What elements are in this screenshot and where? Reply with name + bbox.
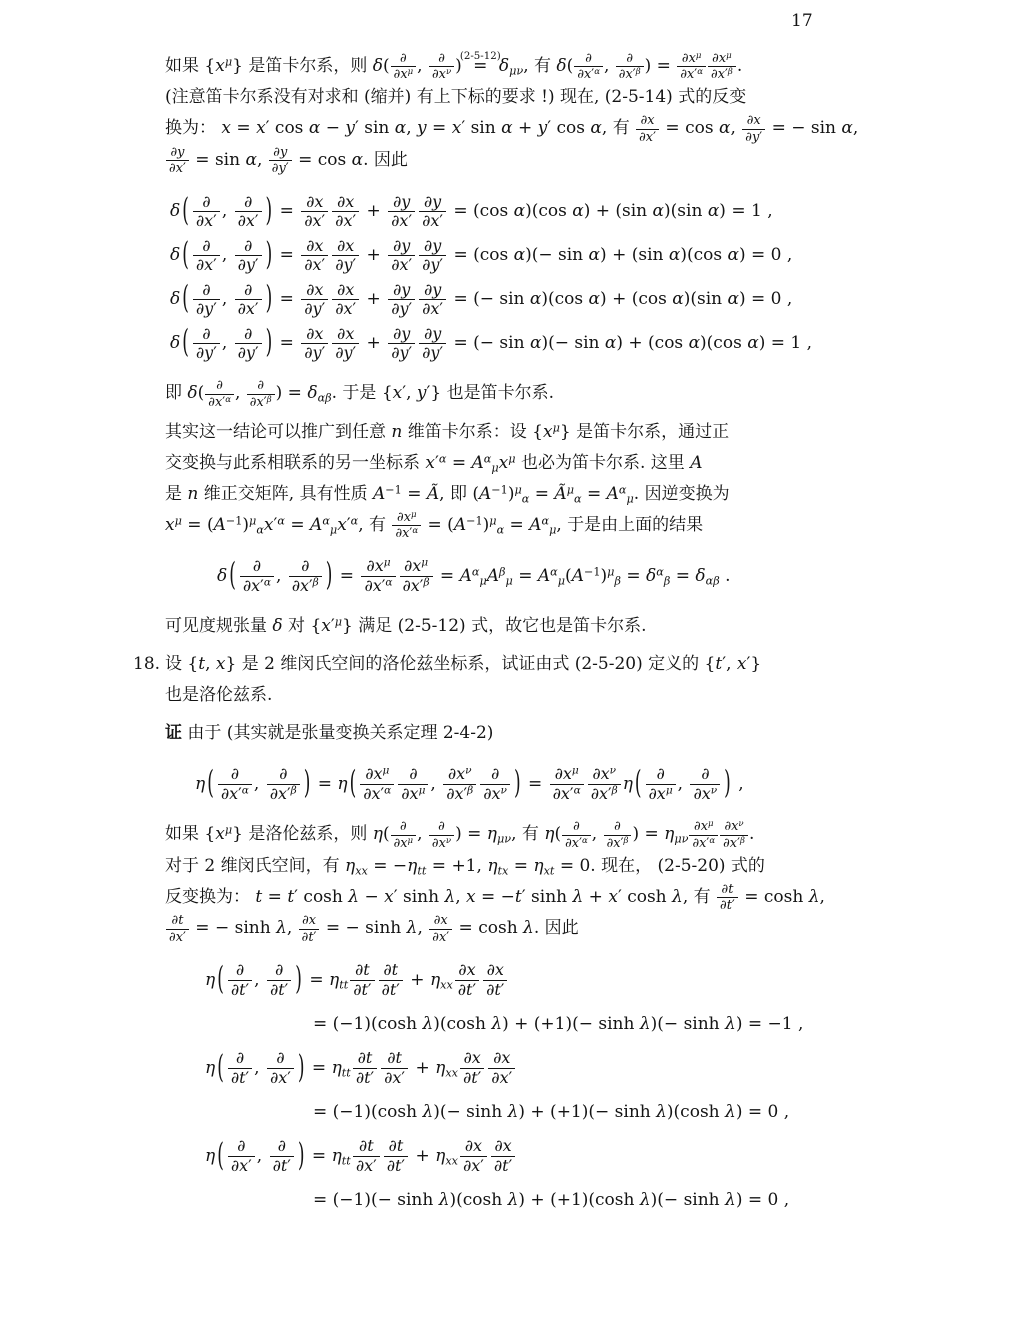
math-italic: μ bbox=[708, 819, 714, 829]
math-italic: xt bbox=[544, 864, 555, 877]
subscript: xx bbox=[440, 978, 453, 991]
superscript: −1 bbox=[491, 483, 508, 496]
math-italic: α bbox=[605, 333, 616, 353]
fraction: ∂∂x′β bbox=[604, 819, 632, 850]
superscript: μ bbox=[553, 421, 560, 434]
subscript: μν bbox=[509, 65, 523, 78]
math-italic: x bbox=[702, 784, 711, 803]
numerator: ∂ bbox=[235, 193, 262, 213]
math-italic: α bbox=[594, 67, 600, 77]
math-italic: δ bbox=[170, 201, 180, 221]
math-italic: α bbox=[412, 526, 418, 536]
math-italic: α bbox=[697, 67, 703, 77]
text-line: δ(∂∂y′, ∂∂y′) = ∂x∂y′∂x∂y′ + ∂y∂y′∂y∂y′ … bbox=[170, 321, 865, 365]
math-italic: λ bbox=[439, 1190, 450, 1210]
math-italic: λ bbox=[725, 1102, 736, 1122]
math-italic: x bbox=[221, 119, 231, 139]
superscript: β bbox=[740, 835, 745, 845]
math-italic: t bbox=[390, 980, 396, 999]
item-body: 设 {t, x} 是 2 维闵氏空间的洛伦兹坐标系，试证由式 (2-5-20) … bbox=[165, 649, 865, 711]
subscript: μ bbox=[626, 492, 633, 505]
open-paren: ( bbox=[217, 1027, 224, 1108]
superscript: β bbox=[636, 67, 641, 77]
math-italic: x bbox=[601, 764, 610, 783]
text-line: δ(∂∂x′, ∂∂y′) = ∂x∂x′∂x∂y′ + ∂y∂x′∂y∂y′ … bbox=[170, 233, 865, 277]
fraction: ∂t∂t′ bbox=[350, 961, 374, 1000]
numerator: ∂xμ bbox=[361, 557, 395, 577]
denominator: ∂y′ bbox=[235, 344, 262, 363]
denominator: ∂x′β bbox=[708, 67, 736, 82]
numerator: ∂y bbox=[388, 193, 415, 213]
superscript: α bbox=[582, 835, 588, 845]
math-italic: λ bbox=[640, 1190, 651, 1210]
denominator: ∂xν bbox=[690, 785, 720, 804]
math-italic: λ bbox=[508, 1102, 519, 1122]
paragraph: 其实这一结论可以推广到任意 n 维笛卡尔系：设 {xμ} 是笛卡尔系，通过正交变… bbox=[165, 417, 865, 541]
math-italic: δ bbox=[695, 566, 705, 586]
subscript: tx bbox=[498, 864, 509, 877]
superscript: ν bbox=[446, 67, 451, 77]
math-italic: y bbox=[432, 192, 441, 211]
math-italic: α bbox=[497, 523, 505, 536]
math-italic: λ bbox=[672, 887, 683, 907]
math-italic: x bbox=[345, 324, 354, 343]
fraction: ∂y∂x′ bbox=[419, 281, 446, 320]
math-italic: t bbox=[239, 980, 245, 999]
math-italic: t bbox=[727, 898, 732, 913]
math-italic: x bbox=[229, 784, 238, 803]
numerator: ∂ bbox=[270, 1137, 294, 1157]
math-italic: A bbox=[690, 453, 702, 473]
text-line: δ(∂∂x′, ∂∂x′) = ∂x∂x′∂x∂x′ + ∂y∂x′∂y∂x′ … bbox=[170, 189, 865, 233]
math-italic: x bbox=[343, 299, 352, 318]
fraction: ∂∂x′ bbox=[193, 237, 220, 276]
text-line: 也是洛伦兹系. bbox=[165, 680, 865, 711]
math-italic: λ bbox=[809, 887, 820, 907]
text-line: η(∂∂t′, ∂∂x′) = ηtt∂t∂t′∂t∂x′ + ηxx∂x∂t′… bbox=[205, 1046, 865, 1090]
text-line: = (−1)(cosh λ)(cosh λ) + (+1)(− sinh λ)(… bbox=[313, 1002, 865, 1046]
math-italic: tx bbox=[498, 864, 509, 877]
denominator: ∂t′ bbox=[350, 981, 374, 1000]
math-italic: tt bbox=[342, 1066, 351, 1079]
math-italic: x bbox=[425, 453, 435, 473]
superscript: α bbox=[412, 526, 418, 536]
math-italic: xx bbox=[355, 864, 368, 877]
math-italic: α bbox=[225, 394, 231, 404]
text-line: 反变换为： t = t′ cosh λ − x′ sinh λ, x = −t′… bbox=[165, 882, 865, 913]
math-italic: μ bbox=[726, 51, 732, 61]
fraction: ∂∂x′α bbox=[205, 378, 234, 409]
fraction: ∂y∂x′ bbox=[388, 193, 415, 232]
math-italic: η bbox=[623, 774, 633, 794]
math-italic: α bbox=[322, 515, 330, 528]
math-italic: n bbox=[187, 484, 198, 504]
math-italic: ν bbox=[610, 765, 616, 777]
denominator: ∂y′ bbox=[193, 300, 220, 319]
numerator: ∂ bbox=[218, 765, 252, 785]
superscript: μ bbox=[335, 616, 342, 629]
subscript: α bbox=[497, 523, 505, 536]
fraction: ∂x∂t′ bbox=[460, 1049, 484, 1088]
page-number: 17 bbox=[791, 10, 813, 32]
math-italic: A bbox=[310, 515, 322, 535]
math-italic: x bbox=[430, 211, 439, 230]
math-italic: α bbox=[574, 785, 581, 797]
math-italic: α bbox=[245, 150, 256, 170]
display-equation: η(∂∂x′α, ∂∂x′β) = η(∂xμ∂x′α∂∂xμ, ∂xν∂x′β… bbox=[165, 762, 865, 806]
paragraph: 如果 {xμ} 是笛卡尔系，则 δ(∂∂xμ, ∂∂xν) (2-5-12)= … bbox=[165, 51, 865, 176]
denominator: ∂t′ bbox=[460, 1069, 484, 1088]
denominator: ∂y′ bbox=[193, 344, 220, 363]
math-italic: λ bbox=[407, 919, 418, 939]
math-italic: x bbox=[472, 1048, 481, 1067]
math-italic: x bbox=[384, 887, 394, 907]
subscript: μ bbox=[558, 575, 565, 588]
math-italic: α bbox=[582, 835, 588, 845]
math-italic: μ bbox=[491, 461, 498, 474]
math-italic: μ bbox=[335, 616, 342, 629]
math-italic: α bbox=[550, 566, 558, 579]
fraction: ∂x∂y′ bbox=[332, 325, 359, 364]
math-italic: t bbox=[502, 1156, 508, 1175]
math-italic: α bbox=[277, 515, 285, 528]
numerator: ∂x bbox=[742, 113, 765, 129]
math-italic: x bbox=[314, 236, 323, 255]
math-italic: λ bbox=[573, 887, 584, 907]
math-italic: η bbox=[345, 856, 355, 876]
open-paren: ( bbox=[217, 1115, 224, 1196]
denominator: ∂x′β bbox=[604, 836, 632, 851]
numerator: ∂ bbox=[193, 193, 220, 213]
math-italic: α bbox=[530, 333, 541, 353]
math-italic: t bbox=[715, 654, 722, 674]
denominator: ∂x′ bbox=[332, 300, 359, 319]
fraction: ∂∂x′ bbox=[235, 281, 262, 320]
math-italic: x bbox=[412, 556, 421, 575]
math-italic: α bbox=[574, 492, 582, 505]
math-italic: α bbox=[709, 835, 715, 845]
numerator: ∂x bbox=[488, 1049, 515, 1069]
math-italic: α bbox=[747, 333, 758, 353]
fraction: ∂y∂y′ bbox=[269, 145, 292, 176]
math-italic: μ bbox=[408, 835, 414, 845]
math-italic: β bbox=[423, 577, 429, 589]
math-italic: t bbox=[287, 887, 294, 907]
math-italic: δ bbox=[170, 245, 180, 265]
superscript: α bbox=[385, 577, 392, 589]
math-italic: μ bbox=[489, 515, 496, 528]
math-italic: x bbox=[300, 576, 309, 595]
text-line: 如果 {xμ} 是笛卡尔系，则 δ(∂∂xμ, ∂∂xν) (2-5-12)= … bbox=[165, 51, 865, 82]
denominator: ∂x′ bbox=[332, 212, 359, 231]
math-italic: η bbox=[373, 825, 383, 845]
math-italic: η bbox=[332, 1146, 342, 1166]
fraction: ∂t∂t′ bbox=[353, 1049, 377, 1088]
math-italic: μ bbox=[411, 510, 417, 520]
math-italic: μν bbox=[509, 65, 523, 78]
numerator: ∂y bbox=[166, 145, 189, 161]
math-italic: x bbox=[467, 960, 476, 979]
fraction: ∂xμ∂x′α bbox=[689, 819, 718, 850]
superscript: α bbox=[542, 515, 550, 528]
numerator: ∂xμ bbox=[550, 765, 584, 785]
numerator: ∂t bbox=[717, 882, 738, 898]
math-italic: α bbox=[572, 201, 583, 221]
math-italic: x bbox=[246, 211, 255, 230]
math-italic: α bbox=[672, 289, 683, 309]
denominator: ∂xν bbox=[429, 67, 454, 82]
numerator: ∂ bbox=[267, 765, 300, 785]
close-paren: ) bbox=[298, 1115, 305, 1196]
numerator: ∂ bbox=[690, 765, 720, 785]
math-italic: x bbox=[455, 784, 464, 803]
math-italic: t bbox=[397, 1136, 403, 1155]
math-italic: x bbox=[439, 930, 446, 945]
fraction: ∂∂xμ bbox=[391, 51, 417, 82]
text-line: (注意笛卡尔系没有对求和 (缩并) 有上下标的要求 !) 现在, (2-5-14… bbox=[165, 82, 865, 113]
equation-ref-label: (2-5-12) bbox=[460, 41, 501, 72]
math-italic: x bbox=[215, 825, 225, 845]
math-italic: x bbox=[402, 526, 409, 541]
numerator: ∂xν bbox=[588, 765, 621, 785]
fraction: ∂∂t′ bbox=[228, 1049, 252, 1088]
math-italic: α bbox=[728, 245, 739, 265]
denominator: ∂x′α bbox=[562, 836, 591, 851]
superscript: α bbox=[242, 785, 249, 797]
subscript: μ bbox=[506, 575, 513, 588]
denominator: ∂x′α bbox=[574, 67, 603, 82]
fraction: ∂∂xν bbox=[429, 51, 454, 82]
math-italic: α bbox=[352, 150, 363, 170]
numerator: ∂y bbox=[388, 281, 415, 301]
numerator: ∂ bbox=[228, 1049, 252, 1069]
math-italic: y bbox=[417, 384, 427, 404]
math-italic: A bbox=[487, 566, 499, 586]
math-italic: μ bbox=[558, 575, 565, 588]
denominator: ∂y′ bbox=[332, 344, 359, 363]
math-italic: A bbox=[529, 515, 541, 535]
math-italic: y bbox=[343, 343, 352, 362]
math-italic: x bbox=[216, 654, 226, 674]
denominator: ∂y′ bbox=[332, 256, 359, 275]
numerator: ∂ bbox=[193, 325, 220, 345]
denominator: ∂x′ bbox=[193, 256, 220, 275]
numerator: ∂x bbox=[429, 913, 452, 929]
math-italic: μ bbox=[225, 824, 232, 837]
denominator: ∂x′ bbox=[388, 212, 415, 231]
math-italic: β bbox=[614, 575, 621, 588]
math-italic: y bbox=[278, 161, 285, 176]
superscript: α bbox=[351, 515, 359, 528]
fraction: ∂∂x′β bbox=[616, 51, 644, 82]
math-italic: t bbox=[361, 980, 367, 999]
numerator: ∂ bbox=[562, 819, 591, 835]
math-italic: x bbox=[345, 192, 354, 211]
fraction: ∂∂x′ bbox=[193, 193, 220, 232]
numerator: ∂x bbox=[301, 237, 328, 257]
superscript: μ bbox=[421, 557, 428, 569]
math-italic: x bbox=[599, 784, 608, 803]
fraction: ∂x∂t′ bbox=[483, 961, 507, 1000]
math-italic: δ bbox=[170, 333, 180, 353]
math-italic: ν bbox=[465, 765, 471, 777]
fraction: ∂∂xν bbox=[480, 765, 510, 804]
math-italic: y bbox=[399, 343, 408, 362]
math-italic: t bbox=[494, 980, 500, 999]
superscript: β bbox=[728, 67, 733, 77]
superscript: β bbox=[267, 394, 272, 404]
subscript: μ bbox=[549, 523, 556, 536]
denominator: ∂x′ bbox=[235, 300, 262, 319]
subscript: μ bbox=[479, 575, 486, 588]
math-italic: y bbox=[401, 192, 410, 211]
math-italic: μ bbox=[626, 492, 633, 505]
math-italic: μ bbox=[421, 557, 428, 569]
math-italic: λ bbox=[640, 1014, 651, 1034]
math-italic: η bbox=[332, 1058, 342, 1078]
subscript: β bbox=[664, 575, 671, 588]
subscript: α bbox=[574, 492, 582, 505]
fraction: ∂xμ∂x′β bbox=[400, 557, 433, 596]
fraction: ∂t∂x′ bbox=[353, 1137, 380, 1176]
math-italic: α bbox=[514, 245, 525, 265]
numerator: ∂ bbox=[391, 819, 417, 835]
denominator: ∂t′ bbox=[483, 981, 507, 1000]
math-italic: μ bbox=[175, 515, 182, 528]
numerator: ∂xμ bbox=[400, 557, 433, 577]
fraction: ∂y∂x′ bbox=[388, 237, 415, 276]
superscript: β bbox=[612, 785, 618, 797]
math-italic: α bbox=[501, 119, 512, 139]
math-italic: η bbox=[533, 856, 543, 876]
fraction: ∂x∂t′ bbox=[491, 1137, 515, 1176]
denominator: ∂x′ bbox=[419, 300, 446, 319]
math-italic: η bbox=[430, 970, 440, 990]
denominator: ∂x′ bbox=[301, 212, 328, 231]
subscript: xt bbox=[544, 864, 555, 877]
denominator: ∂t′ bbox=[228, 1069, 252, 1088]
close-paren: ) bbox=[295, 939, 302, 1020]
denominator: ∂x′β bbox=[616, 67, 644, 82]
numerator: ∂x bbox=[332, 325, 359, 345]
math-italic: ν bbox=[738, 819, 743, 829]
math-italic: λ bbox=[491, 1014, 502, 1034]
superscript: β bbox=[467, 785, 473, 797]
denominator: ∂x′α bbox=[361, 577, 395, 596]
superscript: −1 bbox=[385, 483, 402, 496]
denominator: ∂x′α bbox=[392, 526, 421, 541]
math-italic: tt bbox=[417, 864, 426, 877]
denominator: ∂t′ bbox=[384, 1157, 408, 1176]
superscript: β bbox=[423, 577, 429, 589]
text-line: 换为： x = x′ cos α − y′ sin α, y = x′ sin … bbox=[165, 113, 865, 144]
denominator: ∂x′ bbox=[429, 930, 452, 945]
math-italic: μ bbox=[572, 765, 579, 777]
denominator: ∂x′α bbox=[677, 67, 706, 82]
denominator: ∂t′ bbox=[379, 981, 403, 1000]
text-line: = (−1)(− sinh λ)(cosh λ) + (+1)(cosh λ)(… bbox=[313, 1178, 865, 1222]
numerator: ∂ bbox=[228, 961, 252, 981]
math-italic: Ã bbox=[554, 484, 566, 504]
close-paren: ) bbox=[326, 536, 333, 617]
math-italic: y bbox=[401, 280, 410, 299]
math-italic: x bbox=[501, 1048, 510, 1067]
math-italic: x bbox=[439, 67, 446, 82]
numerator: ∂y bbox=[419, 325, 446, 345]
fraction: ∂∂xν bbox=[690, 765, 720, 804]
math-italic: A bbox=[454, 515, 466, 535]
math-italic: μ bbox=[508, 452, 515, 465]
math-italic: μ bbox=[549, 523, 556, 536]
numerator: ∂t bbox=[353, 1049, 377, 1069]
math-italic: x bbox=[563, 764, 572, 783]
math-italic: y bbox=[246, 255, 255, 274]
math-italic: λ bbox=[656, 1102, 667, 1122]
subscript: tt bbox=[417, 864, 426, 877]
superscript: ν bbox=[610, 765, 616, 777]
math-italic: λ bbox=[725, 1190, 736, 1210]
text-line: η(∂∂x′, ∂∂t′) = ηtt∂t∂x′∂t∂t′ + ηxx∂x∂x′… bbox=[205, 1134, 865, 1178]
math-italic: β bbox=[728, 67, 733, 77]
math-italic: α bbox=[385, 577, 392, 589]
denominator: ∂y′ bbox=[235, 256, 262, 275]
math-italic: μν bbox=[674, 833, 688, 846]
math-italic: α bbox=[589, 289, 600, 309]
numerator: ∂y bbox=[388, 237, 415, 257]
numerator: ∂ bbox=[193, 237, 220, 257]
math-italic: x bbox=[471, 1156, 480, 1175]
superscript: μ bbox=[384, 557, 391, 569]
close-paren: ) bbox=[514, 744, 521, 825]
numerator: ∂ bbox=[398, 765, 428, 785]
math-italic: α bbox=[514, 201, 525, 221]
denominator: ∂y′ bbox=[301, 300, 328, 319]
math-italic: y bbox=[417, 119, 427, 139]
numerator: ∂t bbox=[379, 961, 403, 981]
numerator: ∂t bbox=[384, 1137, 408, 1157]
fraction: ∂xν∂x′β bbox=[443, 765, 476, 804]
fraction: ∂xμ∂x′α bbox=[360, 765, 394, 804]
math-italic: β bbox=[291, 785, 297, 797]
subscript: tt bbox=[342, 1066, 351, 1079]
fraction: ∂x∂x′ bbox=[332, 281, 359, 320]
math-italic: η bbox=[329, 970, 339, 990]
subscript: μν bbox=[674, 833, 688, 846]
math-italic: x bbox=[215, 395, 222, 410]
superscript: μ bbox=[382, 765, 389, 777]
numerator: ∂y bbox=[419, 237, 446, 257]
fraction: ∂y∂y′ bbox=[419, 325, 446, 364]
math-italic: β bbox=[636, 67, 641, 77]
superscript: β bbox=[291, 785, 297, 797]
display-equation: η(∂∂t′, ∂∂t′) = ηtt∂t∂t′∂t∂t′ + ηxx∂x∂t′… bbox=[165, 958, 865, 1222]
fraction: ∂∂xν bbox=[429, 819, 454, 850]
text-line: δ(∂∂x′α, ∂∂x′β) = ∂xμ∂x′α∂xμ∂x′β = AαμAβ… bbox=[217, 554, 865, 598]
denominator: ∂xμ bbox=[646, 785, 676, 804]
subscript: β bbox=[614, 575, 621, 588]
numerator: ∂ bbox=[429, 819, 454, 835]
numerator: ∂ bbox=[240, 557, 274, 577]
math-italic: x bbox=[500, 1068, 509, 1087]
math-italic: α bbox=[653, 201, 664, 221]
numerator: ∂ bbox=[574, 51, 603, 67]
math-italic: λ bbox=[444, 887, 455, 907]
fraction: ∂t∂t′ bbox=[384, 1137, 408, 1176]
math-italic: x bbox=[503, 1136, 512, 1155]
math-italic: δ bbox=[187, 384, 197, 404]
math-italic: x bbox=[625, 67, 632, 82]
fraction: ∂∂x′α bbox=[218, 765, 252, 804]
